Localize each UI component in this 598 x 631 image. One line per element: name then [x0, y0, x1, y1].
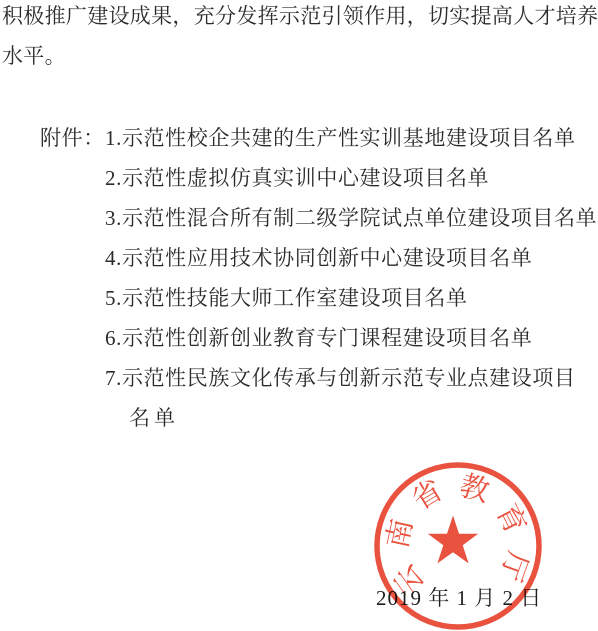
seal-char-6: 厅 [493, 547, 533, 585]
document-page: 积极推广建设成果，充分发挥示范引领作用，切实提高人才培养 水平。 附件： 1.示… [0, 0, 598, 631]
attachment-item-3: 3.示范性混合所有制二级学院试点单位建设项目名单 [105, 198, 597, 238]
attachment-item-5: 5.示范性技能大师工作室建设项目名单 [105, 278, 597, 318]
body-paragraph: 积极推广建设成果，充分发挥示范引领作用，切实提高人才培养 水平。 [2, 0, 598, 76]
body-paragraph-line-1: 积极推广建设成果，充分发挥示范引领作用，切实提高人才培养 [2, 0, 598, 36]
attachment-item-1: 1.示范性校企共建的生产性实训基地建设项目名单 [105, 118, 597, 158]
attachments-block: 附件： 1.示范性校企共建的生产性实训基地建设项目名单 2.示范性虚拟仿真实训中… [40, 118, 597, 438]
star-icon [428, 516, 478, 564]
official-seal: 云 南 省 教 育 厅 [368, 456, 548, 631]
seal-char-2: 南 [381, 516, 419, 551]
attachments-label: 附件： [40, 118, 105, 158]
attachment-item-7: 7.示范性民族文化传承与创新示范专业点建设项目 [105, 358, 597, 398]
attachment-item-4: 4.示范性应用技术协同创新中心建设项目名单 [105, 238, 597, 278]
body-paragraph-line-2: 水平。 [2, 36, 598, 76]
attachment-item-6: 6.示范性创新创业教育专门课程建设项目名单 [105, 318, 597, 358]
attachments-list: 1.示范性校企共建的生产性实训基地建设项目名单 2.示范性虚拟仿真实训中心建设项… [105, 118, 597, 438]
attachment-item-2: 2.示范性虚拟仿真实训中心建设项目名单 [105, 158, 597, 198]
seal-char-4: 教 [456, 469, 493, 509]
attachment-item-7-continuation: 名单 [105, 398, 597, 438]
